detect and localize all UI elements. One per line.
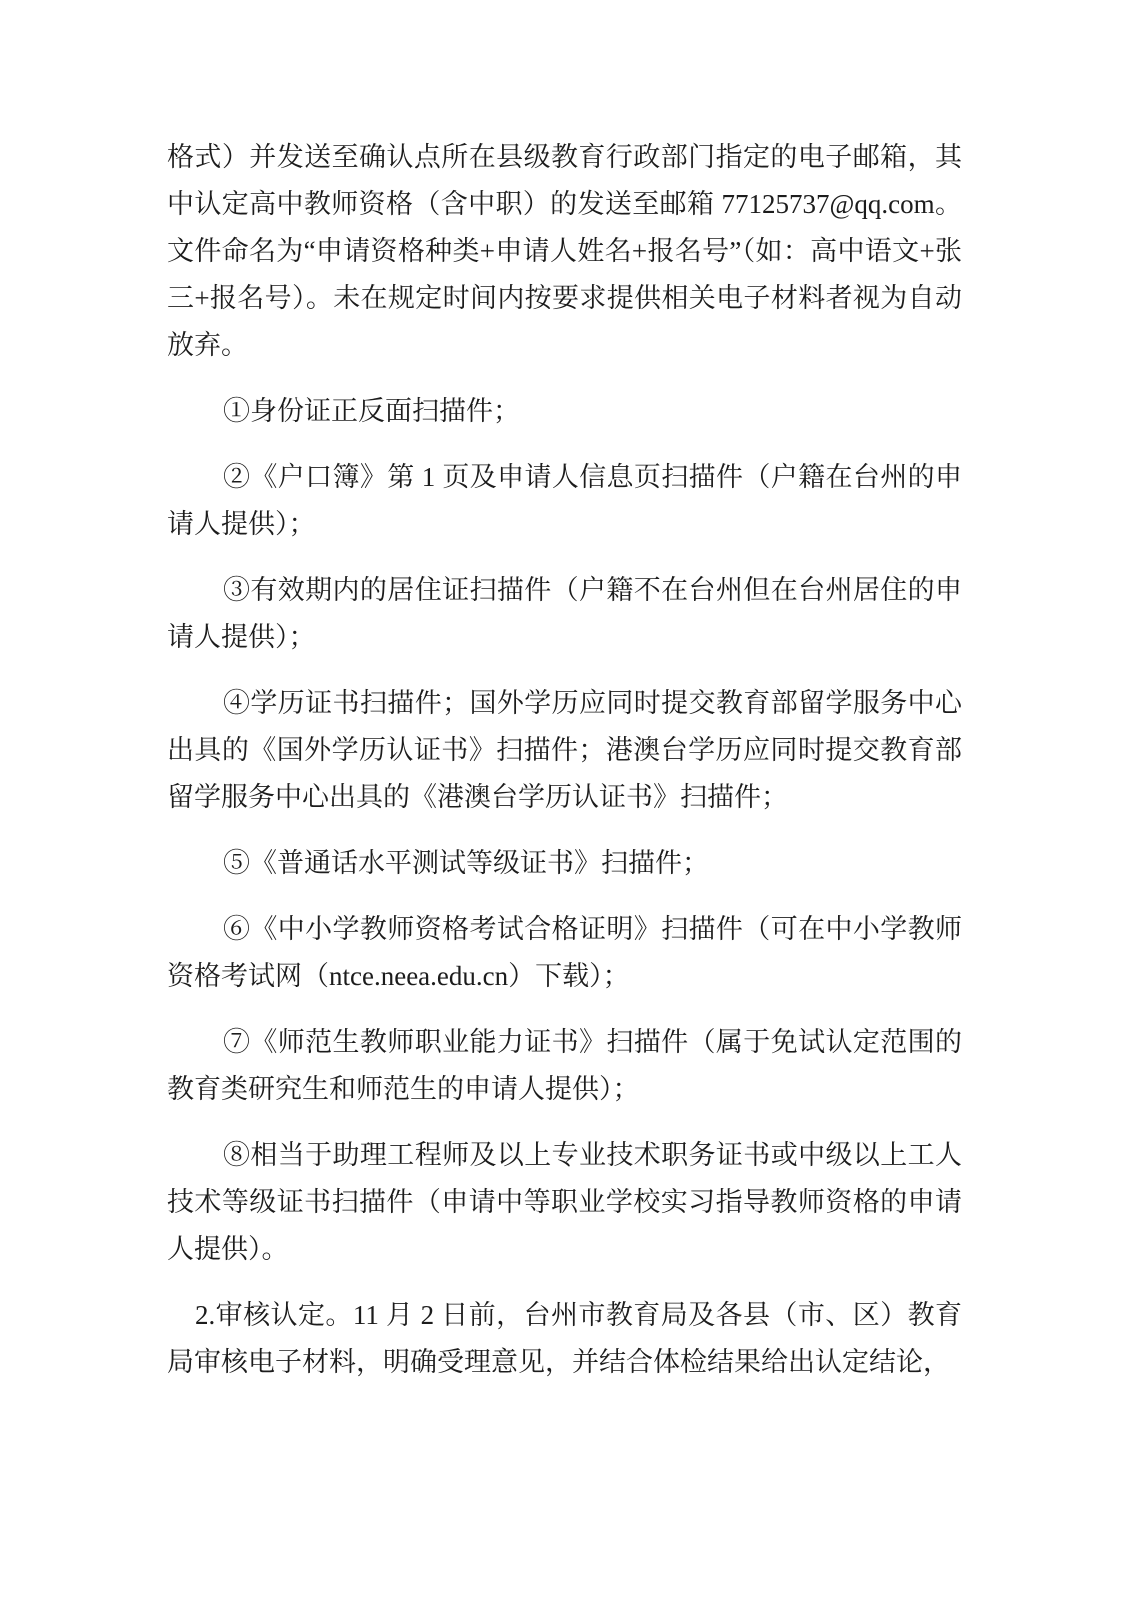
list-item-4: ④学历证书扫描件；国外学历应同时提交教育部留学服务中心出具的《国外学历认证书》扫… (167, 680, 962, 821)
paragraph-intro-continued: 格式）并发送至确认点所在县级教育行政部门指定的电子邮箱，其中认定高中教师资格（含… (167, 134, 962, 369)
list-item-8: ⑧相当于助理工程师及以上专业技术职务证书或中级以上工人技术等级证书扫描件（申请中… (167, 1132, 962, 1273)
list-item-7: ⑦《师范生教师职业能力证书》扫描件（属于免试认定范围的教育类研究生和师范生的申请… (167, 1019, 962, 1113)
paragraph-step-2-review: 2.审核认定。11 月 2 日前，台州市教育局及各县（市、区）教育局审核电子材料… (167, 1292, 962, 1386)
list-item-1: ①身份证正反面扫描件； (167, 388, 962, 435)
list-item-6: ⑥《中小学教师资格考试合格证明》扫描件（可在中小学教师资格考试网（ntce.ne… (167, 906, 962, 1000)
list-item-5: ⑤《普通话水平测试等级证书》扫描件； (167, 840, 962, 887)
list-item-2: ②《户口簿》第 1 页及申请人信息页扫描件（户籍在台州的申请人提供）； (167, 454, 962, 548)
list-item-3: ③有效期内的居住证扫描件（户籍不在台州但在台州居住的申请人提供）； (167, 567, 962, 661)
document-page: 格式）并发送至确认点所在县级教育行政部门指定的电子邮箱，其中认定高中教师资格（含… (0, 0, 1131, 1600)
